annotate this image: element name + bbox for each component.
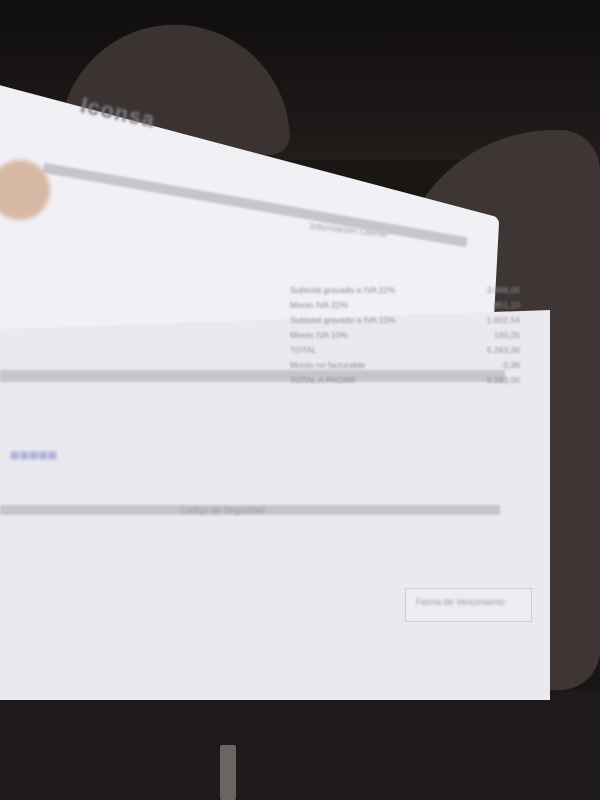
- totals-row: Monto IVA 22%851,10: [290, 300, 520, 315]
- totals-table: Subtotal gravado a IVA 22%3.888,05 Monto…: [290, 285, 520, 390]
- totals-row: Subtotal gravado a IVA 22%3.888,05: [290, 285, 520, 300]
- totals-row: Monto no facturable-0,36: [290, 360, 520, 375]
- security-code-label: Código de Seguridad: [180, 505, 265, 515]
- zipper: [220, 745, 236, 800]
- totals-row: TOTAL5.263,36: [290, 345, 520, 360]
- totals-row: TOTAL A PAGAR5.263,00: [290, 375, 520, 390]
- totals-row: Monto IVA 10%160,25: [290, 330, 520, 345]
- due-date-box: Fecha de Vencimiento: [405, 588, 532, 622]
- totals-row: Subtotal gravado a IVA 10%1.602,54: [290, 315, 520, 330]
- due-date-label: Fecha de Vencimiento: [416, 597, 505, 607]
- blue-stamp: ▦▦▦▦▦: [10, 450, 57, 461]
- lap-fabric-bottom: [0, 690, 600, 800]
